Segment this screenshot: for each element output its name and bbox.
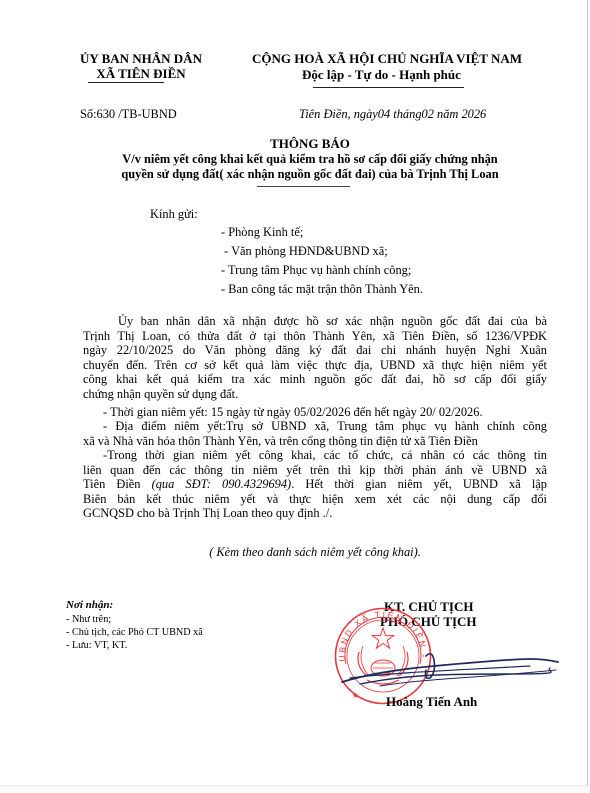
recipient-item: - Ban công tác mặt trận thôn Thành Yên. (221, 282, 423, 297)
org-underline (88, 82, 164, 83)
national-title: CỘNG HOÀ XÃ HỘI CHỦ NGHĨA VIỆT NAM (252, 51, 522, 67)
recipients-list-item: - Lưu: VT, KT. (66, 640, 127, 651)
body-line: Trịnh Thị Loan, có thửa đất ở tại thôn T… (83, 329, 547, 344)
signer-name: Hoàng Tiến Anh (386, 694, 477, 710)
body-line: - Địa điểm niêm yết:Trụ sở UBND xã, Trun… (83, 419, 547, 434)
signature-icon (340, 648, 560, 688)
body-line: ngày 22/10/2025 do Văn phòng đăng ký đất… (83, 343, 547, 358)
body-line: -Trong thời gian niêm yết công khai, các… (83, 448, 547, 463)
document-page: ỦY BAN NHÂN DÂN XÃ TIÊN ĐIỀN Số:630 /TB-… (0, 0, 588, 786)
recipients-list-item: - Chủ tịch, các Phó CT UBND xã (66, 627, 203, 638)
place-date: Tiên Điền, ngày04 tháng02 năm 2026 (299, 107, 486, 122)
body-line: chứng nhận quyền sử dụng đất. (83, 387, 547, 402)
recipients-list-item: - Như trên; (66, 614, 111, 625)
text-segment: . Hết thời gian niêm yết, UBND xã lập (291, 477, 547, 491)
posting-period: - Thời gian niêm yết: 15 ngày từ ngày 05… (103, 405, 483, 420)
document-title: THÔNG BÁO (80, 136, 540, 152)
subject-underline (257, 186, 350, 187)
recipients-label: Nơi nhận: (66, 599, 113, 611)
body-line: xã và Nhà văn hóa thôn Thành Yên, và trê… (83, 434, 547, 449)
viewer-background (0, 786, 590, 793)
svg-text:★: ★ (352, 691, 359, 700)
body-line: chuyển đến. Trên cơ sở kết quả làm việc … (83, 358, 547, 373)
body-line: công khai kết quả kiểm tra xác minh nguồ… (83, 372, 547, 387)
body-line-phone: Tiên Điền (qua SĐT: 090.4329694). Hết th… (83, 477, 547, 492)
attachment-note: ( Kèm theo danh sách niêm yết công khai)… (83, 545, 547, 560)
feedback-paragraph: -Trong thời gian niêm yết công khai, các… (83, 448, 547, 521)
salutation-label: Kính gửi: (150, 207, 198, 222)
posting-location: - Địa điểm niêm yết:Trụ sở UBND xã, Trun… (83, 419, 547, 448)
national-motto: Độc lập - Tự do - Hạnh phúc (302, 67, 461, 83)
phone-number: (qua SĐT: 090.4329694) (152, 477, 292, 491)
recipient-item: - Phòng Kinh tế; (221, 225, 303, 240)
body-line: Biên bản kết thúc niêm yết và thực hiện … (83, 492, 547, 507)
recipient-item: - Văn phòng HĐND&UBND xã; (221, 244, 388, 259)
org-commune: XÃ TIÊN ĐIỀN (58, 66, 224, 82)
body-paragraph-intro: Ủy ban nhân dân xã nhận được hồ sơ xác n… (83, 314, 547, 402)
org-name: ỦY BAN NHÂN DÂN (58, 51, 224, 67)
recipient-item: - Trung tâm Phục vụ hành chính công; (221, 263, 411, 278)
body-line: GCNQSD cho bà Trịnh Thị Loan theo quy đị… (83, 506, 547, 521)
document-subject-line1: V/v niêm yết công khai kết quả kiểm tra … (80, 152, 540, 167)
body-line: Ủy ban nhân dân xã nhận được hồ sơ xác n… (83, 314, 547, 329)
body-line: liên quan đến các thông tin niêm yết trê… (83, 463, 547, 478)
document-subject-line2: quyền sử dụng đất( xác nhận nguồn gốc đấ… (80, 167, 540, 182)
document-number: Số:630 /TB-UBND (80, 107, 177, 122)
text-segment: Tiên Điền (83, 477, 152, 491)
motto-underline (313, 87, 464, 88)
